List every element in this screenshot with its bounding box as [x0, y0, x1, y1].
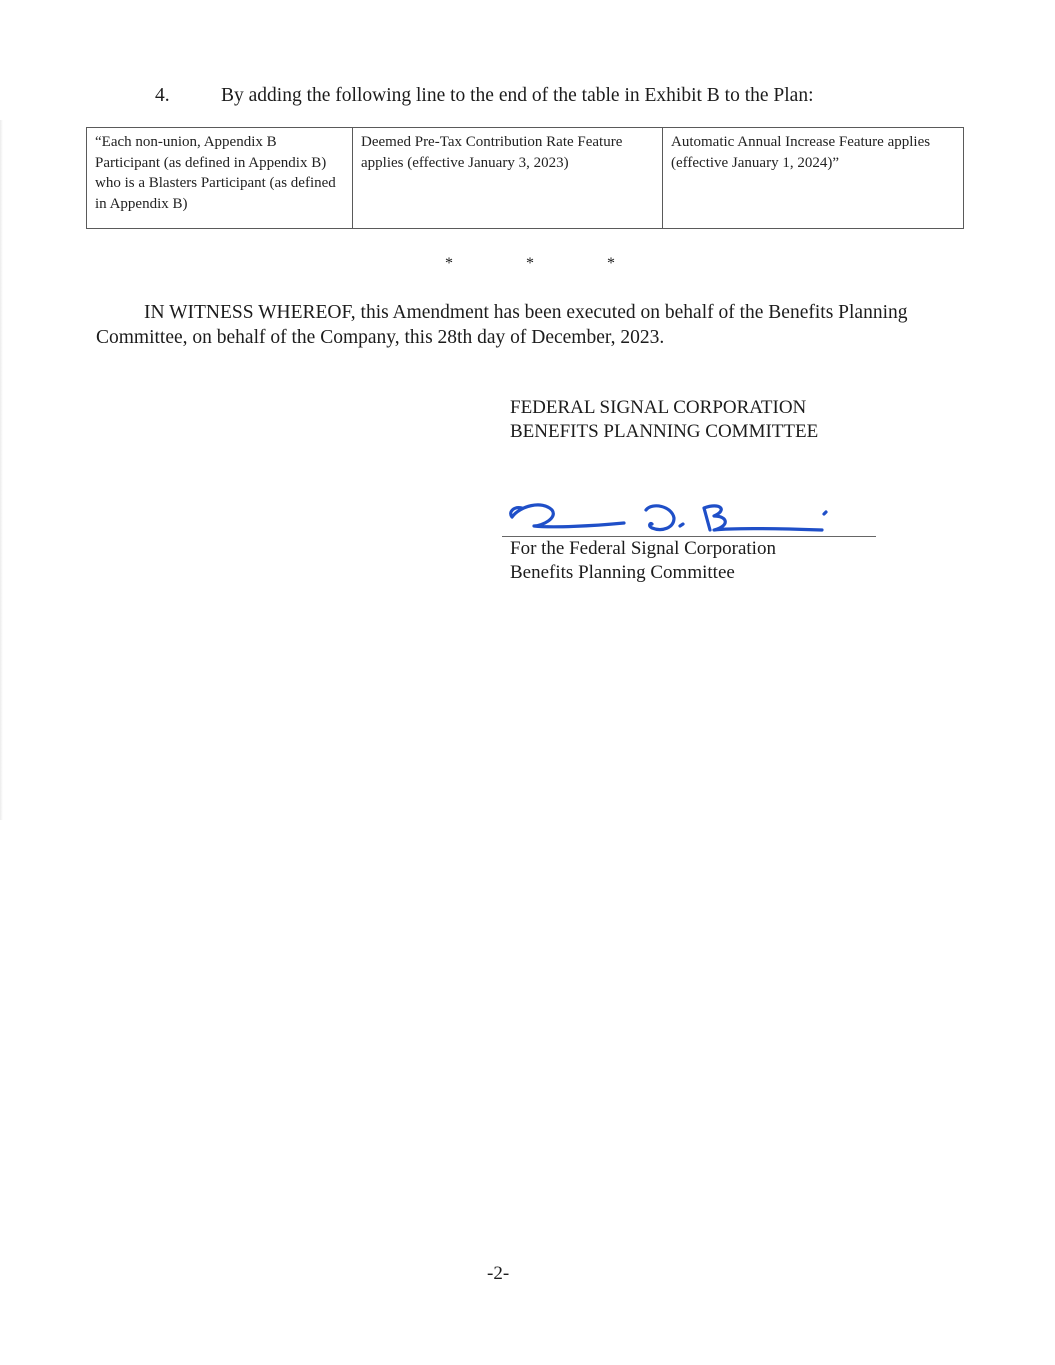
- signature-block: FEDERAL SIGNAL CORPORATION BENEFITS PLAN…: [510, 396, 890, 585]
- signatory-org-line2: BENEFITS PLANNING COMMITTEE: [510, 420, 890, 444]
- handwritten-signature-icon: [502, 492, 876, 542]
- witness-text: IN WITNESS WHEREOF, this Amendment has b…: [96, 302, 908, 348]
- table-cell-deemed-pretax-feature: Deemed Pre-Tax Contribution Rate Feature…: [353, 128, 663, 229]
- asterisk: *: [526, 255, 534, 273]
- table-cell-participant-group: “Each non-union, Appendix B Participant …: [87, 128, 353, 229]
- table-row: “Each non-union, Appendix B Participant …: [87, 128, 964, 229]
- section-separator: * * *: [445, 255, 615, 273]
- document-page: 4.By adding the following line to the en…: [0, 0, 1055, 1365]
- witness-paragraph: IN WITNESS WHEREOF, this Amendment has b…: [96, 300, 916, 350]
- signature-line: [502, 492, 876, 537]
- table-cell-automatic-increase-feature: Automatic Annual Increase Feature applie…: [663, 128, 964, 229]
- scan-edge-shadow: [0, 120, 3, 820]
- amendment-item-4: 4.By adding the following line to the en…: [155, 85, 814, 107]
- asterisk: *: [445, 255, 453, 273]
- asterisk: *: [607, 255, 615, 273]
- item-number: 4.: [155, 85, 221, 107]
- signature-caption-line2: Benefits Planning Committee: [510, 561, 890, 585]
- exhibit-b-table-addition: “Each non-union, Appendix B Participant …: [86, 127, 964, 229]
- page-number: -2-: [487, 1263, 509, 1285]
- signatory-org-line1: FEDERAL SIGNAL CORPORATION: [510, 396, 890, 420]
- item-text: By adding the following line to the end …: [221, 85, 814, 106]
